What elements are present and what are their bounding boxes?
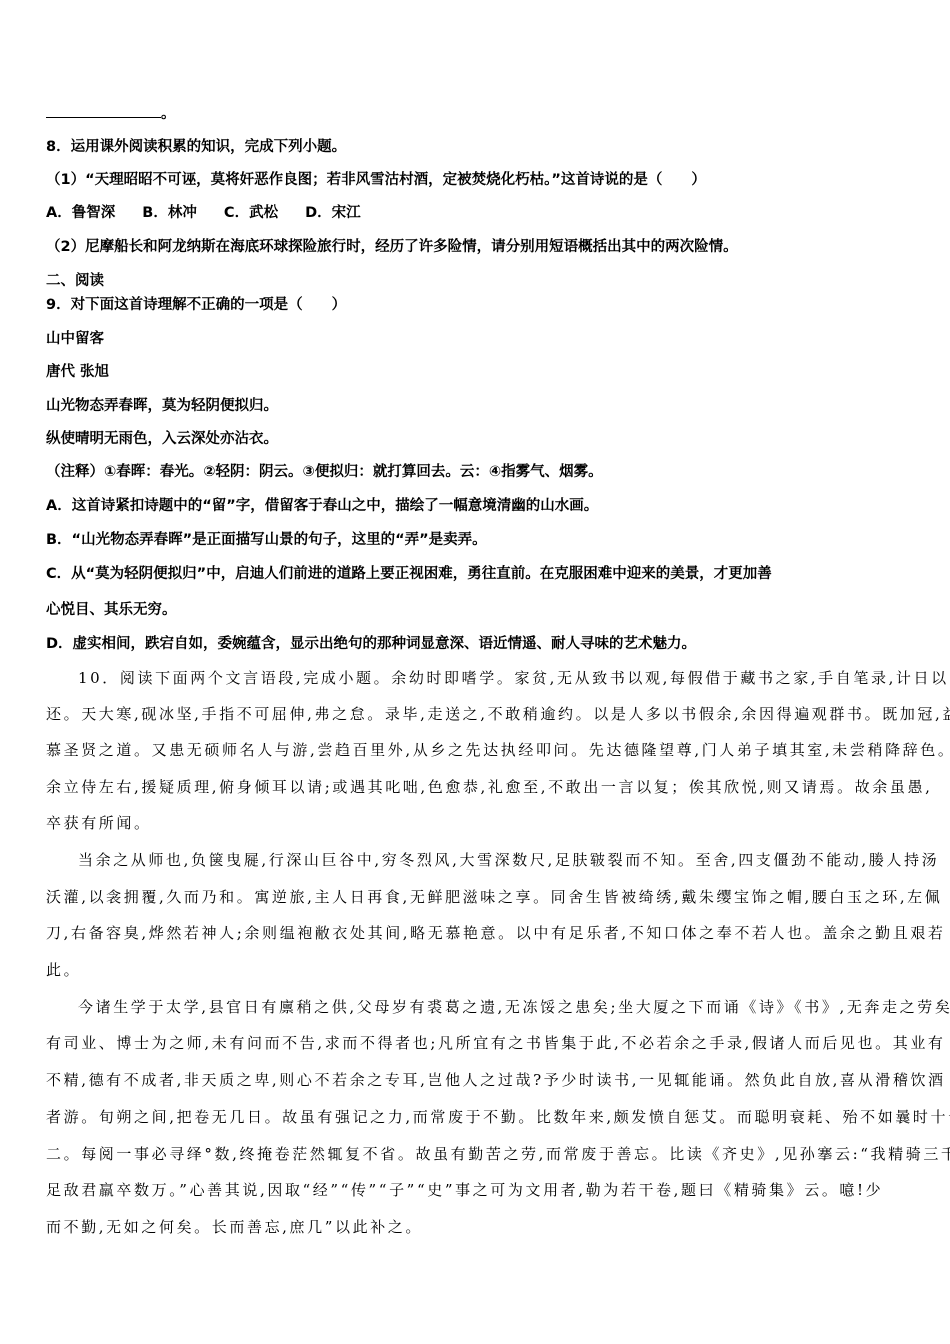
q10-p1-line: 还。天大寒,砚冰坚,手指不可屈伸,弗之怠。录毕,走送之,不敢稍逾约。以是人多以书… (46, 704, 950, 724)
poem-line-2: 纵使晴明无雨色，入云深处亦沾衣。 (46, 429, 278, 449)
answer-blank[interactable] (46, 107, 161, 118)
q10-p3-line: 今诸生学于太学,县官日有廪稍之供,父母岁有裘葛之遗,无冻馁之患矣;坐大厦之下而诵… (78, 997, 950, 1017)
q10-p1-line: 10．阅读下面两个文言语段,完成小题。余幼时即嗜学。家贫,无从致书以观,每假借于… (78, 668, 949, 688)
q10-p1-line: 慕圣贤之道。又患无硕师名人与游,尝趋百里外,从乡之先达执经叩问。先达德隆望尊,门… (46, 740, 950, 760)
q9-option-c-cont: 心悦目、其乐无穷。 (46, 600, 177, 620)
q10-p3-line: 者游。旬朔之间,把卷无几日。故虽有强记之力,而常废于不勤。比数年来,颇发愤自惩艾… (46, 1107, 950, 1127)
exam-page: 。 8．运用课外阅读积累的知识，完成下列小题。 （1）“天理昭昭不可诬，莫将奸恶… (0, 0, 950, 1344)
q7-answer-line: 。 (46, 104, 176, 124)
q9-option-b[interactable]: B．“山光物态弄春晖”是正面描写山景的句子，这里的“弄”是卖弄。 (46, 530, 487, 550)
q9-option-d[interactable]: D．虚实相间，跌宕自如，委婉蕴含，显示出绝句的那种词显意深、语近情遥、耐人寻味的… (46, 634, 696, 654)
poem-author: 唐代 张旭 (46, 362, 109, 382)
q10-p1-line: 余立侍左右,援疑质理,俯身倾耳以请;或遇其叱咄,色愈恭,礼愈至,不敢出一言以复；… (46, 777, 932, 797)
q10-p3-line: 不精,德有不成者,非天质之卑,则心不若余之专耳,岂他人之过哉?予少时读书,一见辄… (46, 1070, 946, 1090)
q8-sub2: （2）尼摩船长和阿龙纳斯在海底环球探险旅行时，经历了许多险情，请分别用短语概括出… (46, 237, 738, 257)
q10-p2-line: 沃灌,以衾拥覆,久而乃和。寓逆旅,主人日再食,无鲜肥滋味之享。同舍生皆被绮绣,戴… (46, 887, 942, 907)
q10-p3-line: 有司业、博士为之师,未有问而不告,求而不得者也;凡所宜有之书皆集于此,不必若余之… (46, 1033, 946, 1053)
q9-title: 9．对下面这首诗理解不正确的一项是（ ） (46, 295, 346, 315)
q8-option-a[interactable]: A．鲁智深 (46, 203, 115, 223)
section-title-reading: 二、阅读 (46, 271, 104, 291)
q8-option-d[interactable]: D．宋江 (305, 203, 361, 223)
q9-option-c[interactable]: C．从“莫为轻阴便拟归”中，启迪人们前进的道路上要正视困难，勇往直前。在克服困难… (46, 564, 772, 584)
q10-p1-line: 卒获有所闻。 (46, 813, 152, 833)
q8-option-b[interactable]: B．林冲 (142, 203, 197, 223)
poem-title: 山中留客 (46, 329, 104, 349)
q9-option-a[interactable]: A．这首诗紧扣诗题中的“留”字，借留客于春山之中，描绘了一幅意境清幽的山水画。 (46, 496, 598, 516)
q10-p3-line: 足敌君羸卒数万。”心善其说,因取“经”“传”“子”“史”事之可为文用者,勒为若干… (46, 1180, 883, 1200)
q10-p2-line: 刀,右备容臭,烨然若神人;余则缊袍敝衣处其间,略无慕艳意。以中有足乐者,不知口体… (46, 923, 946, 943)
q10-p2-line: 当余之从师也,负箧曳屣,行深山巨谷中,穷冬烈风,大雪深数尺,足肤皲裂而不知。至舍… (78, 850, 939, 870)
q10-p2-line: 此。 (46, 960, 81, 980)
poem-notes: （注释）①春晖：春光。②轻阴：阴云。③便拟归：就打算回去。云：④指雾气、烟雾。 (46, 462, 603, 482)
q8-option-c[interactable]: C．武松 (224, 203, 278, 223)
q10-p3-line: 二。每阅一事必寻绎°数,终掩卷茫然辄复不省。故虽有勤苦之劳,而常废于善忘。比读《… (46, 1144, 950, 1164)
q8-options: A．鲁智深 B．林冲 C．武松 D．宋江 (46, 203, 383, 223)
q10-p3-line: 而不勤,无如之何矣。长而善忘,庶几”以此补之。 (46, 1217, 423, 1237)
q8-title: 8．运用课外阅读积累的知识，完成下列小题。 (46, 137, 346, 157)
q8-sub1: （1）“天理昭昭不可诬，莫将奸恶作良图；若非风雪沽村酒，定被焚烧化朽枯。”这首诗… (46, 170, 706, 190)
poem-line-1: 山光物态弄春晖，莫为轻阴便拟归。 (46, 396, 278, 416)
